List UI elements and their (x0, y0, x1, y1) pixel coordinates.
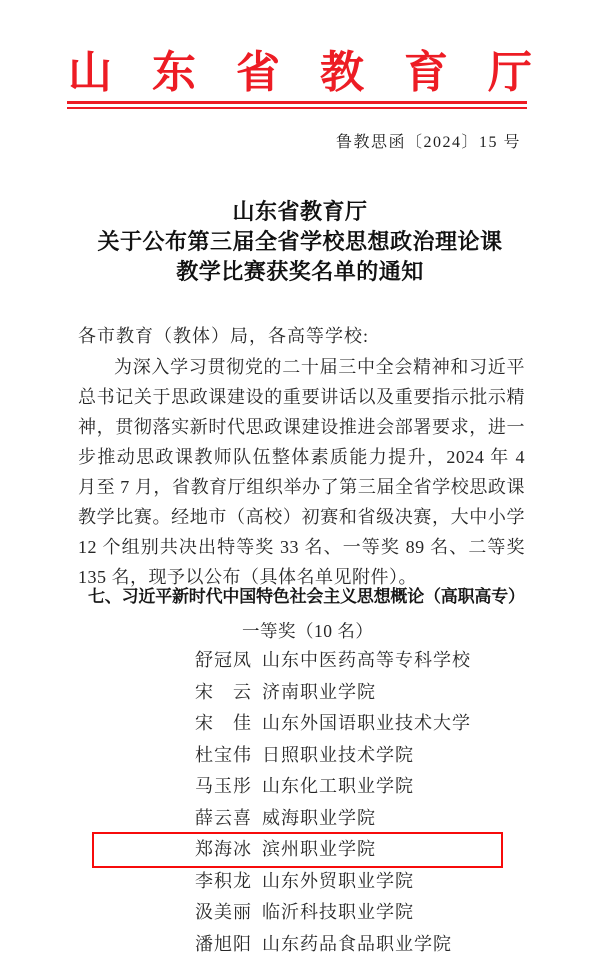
notice-title-line-2: 关于公布第三届全省学校思想政治理论课 (0, 227, 600, 257)
winner-school: 山东外贸职业学院 (262, 866, 414, 898)
winner-name: 薛云喜 (195, 803, 253, 835)
list-item: 李积龙山东外贸职业学院 (0, 866, 600, 898)
document-page: 山东省教育厅 鲁教思函〔2024〕15 号 山东省教育厅 关于公布第三届全省学校… (0, 0, 600, 966)
winner-name: 杜宝伟 (195, 740, 253, 772)
winner-school: 日照职业技术学院 (262, 740, 414, 772)
winner-name: 李积龙 (195, 866, 253, 898)
winner-name: 宋 云 (195, 677, 253, 709)
winner-name: 汲美丽 (195, 897, 253, 929)
winner-name: 舒冠凤 (195, 645, 253, 677)
winner-school: 山东化工职业学院 (262, 771, 414, 803)
list-item: 郑海冰滨州职业学院 (0, 834, 600, 866)
winner-name: 潘旭阳 (195, 929, 253, 961)
masthead-double-rule (67, 101, 527, 109)
list-item: 舒冠凤山东中医药高等专科学校 (0, 645, 600, 677)
list-item: 薛云喜威海职业学院 (0, 803, 600, 835)
salutation: 各市教育（教体）局，各高等学校: (78, 322, 369, 348)
list-item: 杜宝伟日照职业技术学院 (0, 740, 600, 772)
winner-school: 山东中医药高等专科学校 (262, 645, 471, 677)
notice-title-line-1: 山东省教育厅 (0, 197, 600, 227)
section-heading: 七、习近平新时代中国特色社会主义思想概论（高职高专） (88, 582, 525, 607)
list-item: 宋 云济南职业学院 (0, 677, 600, 709)
list-item: 马玉彤山东化工职业学院 (0, 771, 600, 803)
doc-number: 鲁教思函〔2024〕15 号 (336, 129, 521, 152)
winner-name: 郑海冰 (195, 834, 253, 866)
winner-school: 山东外国语职业技术大学 (262, 708, 471, 740)
list-item: 宋 佳山东外国语职业技术大学 (0, 708, 600, 740)
body-paragraph: 为深入学习贯彻党的二十届三中全会精神和习近平总书记关于思政课建设的重要讲话以及重… (78, 352, 525, 592)
winner-school: 临沂科技职业学院 (262, 897, 414, 929)
award-level-label: 一等奖（10 名） (242, 618, 373, 643)
winner-school: 济南职业学院 (262, 677, 376, 709)
winner-school: 威海职业学院 (262, 803, 376, 835)
list-item: 汲美丽临沂科技职业学院 (0, 897, 600, 929)
list-item: 潘旭阳山东药品食品职业学院 (0, 929, 600, 961)
winner-name: 宋 佳 (195, 708, 253, 740)
winners-list: 舒冠凤山东中医药高等专科学校宋 云济南职业学院宋 佳山东外国语职业技术大学杜宝伟… (0, 645, 600, 960)
winner-school: 滨州职业学院 (262, 834, 376, 866)
agency-masthead: 山东省教育厅 (0, 48, 600, 98)
winner-name: 马玉彤 (195, 771, 253, 803)
notice-title-line-3: 教学比赛获奖名单的通知 (0, 257, 600, 287)
winner-school: 山东药品食品职业学院 (262, 929, 452, 961)
notice-title: 山东省教育厅 关于公布第三届全省学校思想政治理论课 教学比赛获奖名单的通知 (0, 197, 600, 287)
